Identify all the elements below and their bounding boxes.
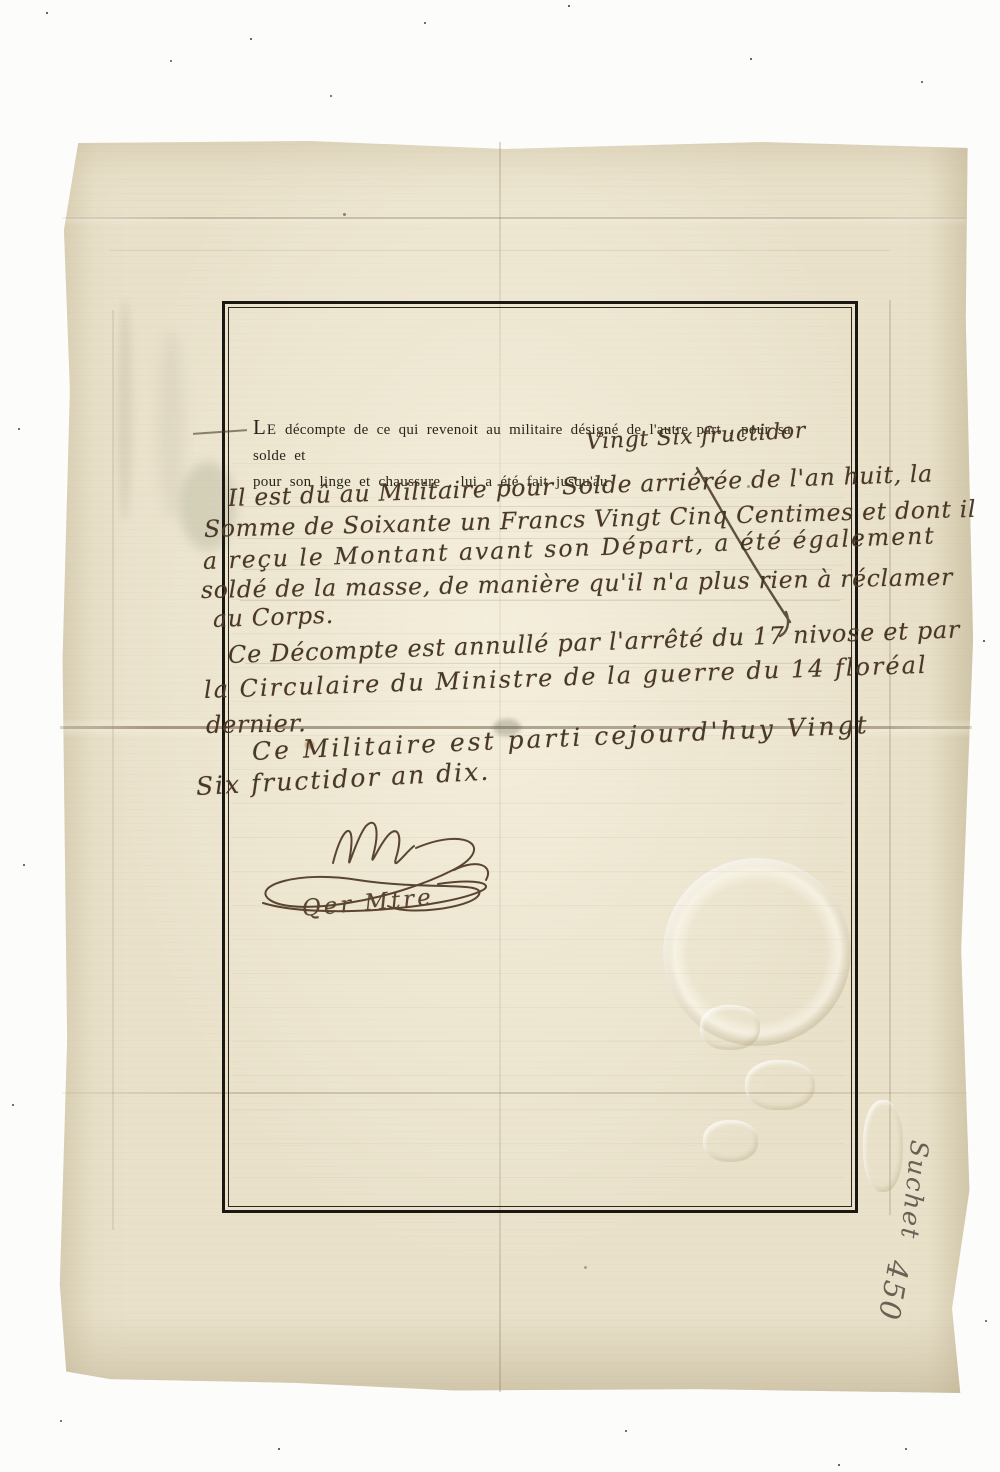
printed-lead-word: Le	[253, 415, 277, 439]
cancellation-stroke	[690, 460, 810, 640]
scanner-dust-specks	[0, 0, 2, 2]
handwritten-line: au Corps.	[213, 601, 335, 633]
